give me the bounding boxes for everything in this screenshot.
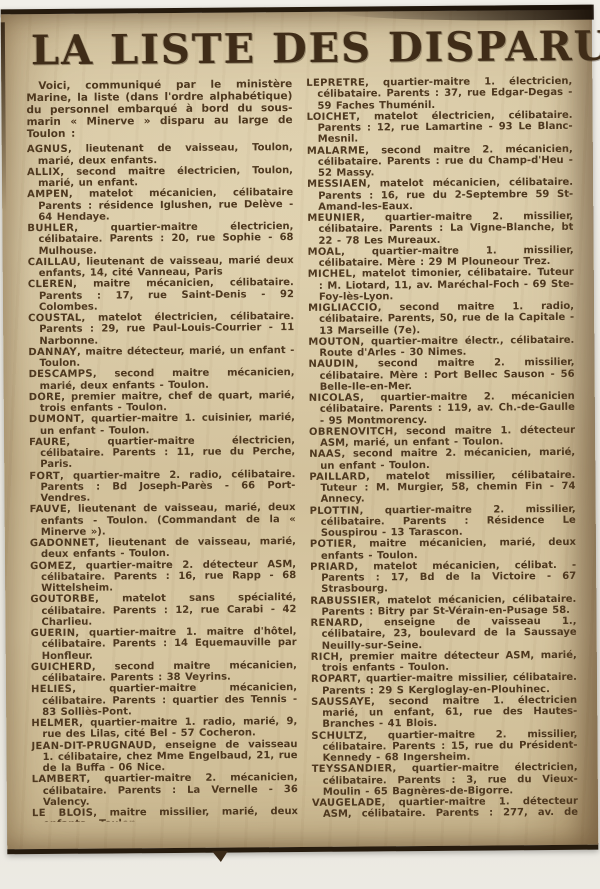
list-entry: DESCAMPS, second maitre mécanicien, mari… [29,368,295,393]
list-entry: DANNAY, maitre détecteur, marié, un enfa… [28,345,294,370]
entry-name: GUERIN [31,628,76,639]
list-entry: AGNUS, lieutenant de vaisseau, Toulon, m… [27,143,293,168]
newspaper-scan: LA LISTE DES DISPARUS Voici, communiqué … [0,0,600,889]
intro-paragraph: Voici, communiqué par le ministère Marin… [26,78,292,141]
list-entry: CAILLAU, lieutenant de vaisseau, marié d… [28,255,294,280]
entry-name: MOAL [308,246,342,257]
list-entry: MOAL, quartier-maitre 1. missilier, céli… [308,245,574,270]
entry-name: MEUNIER [307,213,361,224]
list-entry: MEUNIER, quartier-maitre 2. missilier, c… [307,211,573,247]
list-entry: GUERIN, quartier-maitre 1. maitre d'hôte… [31,626,297,662]
list-entry: GADONNET, lieutenant de vaisseau, marié,… [30,536,296,561]
entry-name: CLEREN [28,279,73,290]
entry-name: LAMBERT [32,774,87,785]
list-entry: SAUSSAYE, second maitre 1. électricien m… [311,695,577,731]
entry-name: LEPRETRE [306,77,365,88]
entry-name: HELIES [31,684,72,695]
left-column: Voici, communiqué par le ministère Marin… [26,78,298,822]
list-entry: TEYSSANDIER, quartier-maitre électricien… [312,762,578,798]
list-entry: POTIER, maitre mécanicien, marié, deux e… [310,537,576,562]
entry-name: RENARD [310,618,359,629]
list-entry: OBRENOVITCH, second maitre 1. détecteur … [309,425,575,450]
list-entry: FORT, quartier-maitre 2. radio, célibata… [29,469,295,505]
list-entry: MICHEL, matelot timonier, célibataire. T… [308,267,574,303]
list-entry: CLEREN, maitre mécanicien, célibataire. … [28,278,294,314]
entry-name: DORE [29,392,62,403]
entry-name: MOUTON [308,336,360,347]
entry-name: ALLIX [27,167,61,178]
entry-name: GOMEZ [30,561,72,572]
entry-name: DUMONT [29,414,81,425]
list-entry: RICH, premier maitre détecteur ASM, mari… [311,650,577,675]
entry-name: DANNAY [28,347,77,358]
list-entry: LAMBERT, quartier-maitre 2. mécanicien, … [32,772,298,808]
entry-name: GUICHERD [31,662,92,673]
list-entry: HELMER, quartier-maitre 1. radio, marié,… [31,716,297,741]
list-entry: BUHLER, quartier-maitre électricien, cél… [27,221,293,257]
entry-name: DESCAMPS [29,369,93,381]
entry-name: JEAN-DIT-PRUGNAUD [31,740,152,752]
entry-name: CAILLAU [28,257,77,268]
entry-name: TEYSSANDIER [312,764,393,776]
list-entry: DUMONT, quartier-maitre 1. cuisinier, ma… [29,413,295,438]
list-entry: MESSIAEN, matelot mécanicien, célibatair… [307,177,573,213]
entry-name: PLOTTIN [310,505,360,516]
entry-name: PRIARD [310,561,354,572]
entry-name: ROPART [311,674,357,685]
list-entry: ROPART, quartier-maitre missilier, célib… [311,672,577,697]
list-entry: FAURE, quartier-maitre électricien, céli… [29,435,295,471]
entry-name: LE BLOIS [32,808,93,819]
list-entry: MIGLIACCIO, second maitre 1. radio, céli… [308,301,574,337]
list-entry: VAUGELADE, quartier-maitre 1. détecteur … [312,796,578,820]
list-entry: RABUSSIER, matelot mécanicien, célibatai… [310,593,576,618]
list-entry: AMPEN, matelot mécanicien, célibataire P… [27,188,293,224]
list-entry: NAAS, second maitre 2. mécanicien, marié… [309,447,575,472]
article-columns: Voici, communiqué par le ministère Marin… [26,76,581,822]
list-entry: PAILLARD, matelot missilier, célibataire… [309,470,575,506]
entry-name: NAAS [309,449,341,460]
list-entry: PRIARD, matelot mécanicien, célibat. - P… [310,560,576,596]
entry-name: OBRENOVITCH [309,426,394,438]
left-entry-list: AGNUS, lieutenant de vaisseau, Toulon, m… [27,143,298,823]
entry-name: MESSIAEN [307,179,367,190]
list-entry: MOUTON, quartier-maitre électr., célibat… [308,335,574,360]
list-entry: LE BLOIS, maitre missilier, marié, deux … [32,806,298,822]
entry-name: MICHEL [308,269,352,280]
list-entry: NAUDIN, second maitre 2. missilier, céli… [308,357,574,393]
list-entry: COUSTAL, matelot électricien, célibatair… [28,311,294,347]
list-entry: LOICHET, matelot électricien, célibatair… [307,110,573,146]
entry-name: LOICHET [307,111,357,122]
entry-name: NAUDIN [308,359,354,370]
entry-name: BUHLER [27,223,74,234]
list-entry: JEAN-DIT-PRUGNAUD, enseigne de vaisseau … [31,739,297,775]
paper-edge-shadow [1,22,6,212]
entry-name: GOUTORBE [30,594,95,606]
list-entry: RENARD, enseigne de vaisseau 1., célibat… [310,616,576,652]
list-entry: NICOLAS, quartier-maitre 2. mécanicien c… [309,391,575,427]
list-entry: HELIES, quartier-maitre mécanicien, céli… [31,682,297,718]
entry-name: RABUSSIER [310,595,376,607]
right-entry-list: LEPRETRE, quartier-maitre 1. électricien… [306,76,578,820]
entry-name: GADONNET [30,538,96,550]
paper-tear-notch [212,851,228,862]
list-entry: GOUTORBE, matelot sans spécialité, célib… [30,592,296,628]
list-entry: SCHULTZ, quartier-maitre 2. missilier, c… [311,728,577,764]
list-entry: MALARME, second maitre 2. mécanicien, cé… [307,143,573,179]
list-entry: LEPRETRE, quartier-maitre 1. électricien… [306,76,572,112]
entry-name: POTIER [310,539,353,550]
entry-name: PAILLARD [309,471,366,482]
list-entry: ALLIX, second maitre électricien, Toulon… [27,165,293,190]
entry-name: FORT [29,471,60,482]
list-entry: GUICHERD, second maitre mécanicien, céli… [31,660,297,685]
entry-name: COUSTAL [28,313,82,324]
list-entry: PLOTTIN, quartier-maitre 2. missilier, c… [310,503,576,539]
entry-name: FAUVE [30,504,67,515]
entry-name: MALARME [307,145,365,156]
list-entry: GOMEZ, quartier-maitre 2. détecteur ASM,… [30,559,296,595]
right-column: LEPRETRE, quartier-maitre 1. électricien… [306,76,578,820]
entry-name: HELMER [31,718,79,729]
headline: LA LISTE DES DISPARUS [31,26,575,71]
entry-name: NICOLAS [309,393,360,404]
entry-name: MIGLIACCIO [308,302,378,314]
entry-name: AMPEN [27,189,69,200]
entry-name: SCHULTZ [311,730,363,741]
entry-name: FAURE [29,437,66,448]
entry-name: VAUGELADE [312,797,382,809]
list-entry: DORE, premier maitre, chef de quart, mar… [29,390,295,415]
entry-name: AGNUS [27,144,68,155]
entry-name: RICH [311,651,339,662]
entry-name: SAUSSAYE [311,696,371,707]
list-entry: FAUVE, lieutenant de vaisseau, marié, de… [30,503,296,539]
newspaper-clipping: LA LISTE DES DISPARUS Voici, communiqué … [1,5,599,855]
